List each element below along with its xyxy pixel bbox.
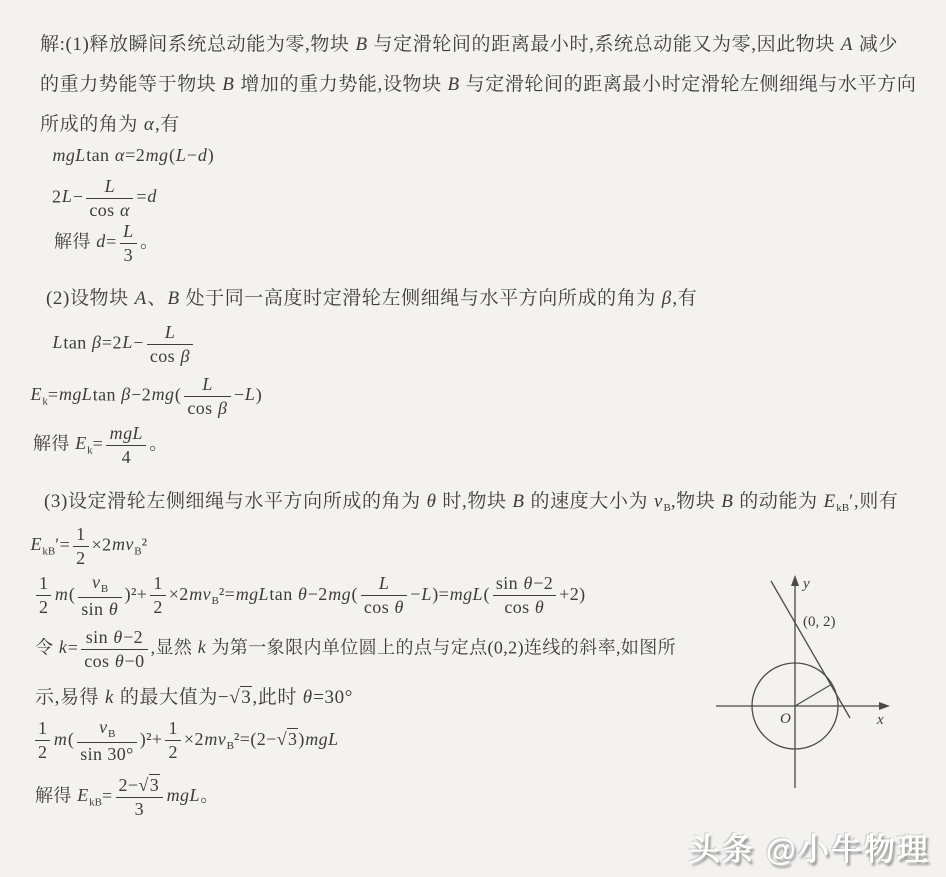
solution-line-3: 所成的角为 α,有 xyxy=(40,113,180,137)
formula-energy-30deg: 12m(vBsin 30°)²+12×2mvB²=(2−√3)mgL xyxy=(32,717,339,764)
formula-tan-alpha: mgLtan α=2mg(L−d) xyxy=(52,144,214,167)
origin-label: O xyxy=(780,711,791,727)
x-axis-arrow-icon xyxy=(879,702,890,710)
x-axis-label: x xyxy=(876,712,884,728)
solution-line-part3: (3)设定滑轮左侧细绳与水平方向所成的角为 θ 时,物块 B 的速度大小为 vB… xyxy=(44,490,898,516)
formula-ekb-result: 解得 EkB=2−√33mgL。 xyxy=(35,775,219,819)
formula-ek: Ek=mgLtan β−2mg(Lcos β−L) xyxy=(30,374,262,418)
formula-energy-full: 12m(vBsin θ)²+12×2mvB²=mgLtan θ−2mg(Lcos… xyxy=(33,572,586,619)
solution-line-kmax: 示,易得 k 的最大值为−√3,此时 θ=30° xyxy=(35,686,353,710)
formula-geometry-alpha: 2L−Lcos α=d xyxy=(52,176,157,220)
formula-k-slope: 令 k=sin θ−2cos θ−0,显然 k 为第一象限内单位圆上的点与定点(… xyxy=(35,627,676,671)
solution-page: 解:(1)释放瞬间系统总动能为零,物块 B 与定滑轮间的距离最小时,系统总动能又… xyxy=(0,0,946,877)
formula-ekb-def: EkB′=12×2mvB² xyxy=(30,524,147,568)
y-axis-label: y xyxy=(801,576,810,592)
formula-tan-beta: Ltan β=2L−Lcos β xyxy=(52,322,196,366)
y-axis-arrow-icon xyxy=(791,575,799,586)
watermark: 头条 @小牛物理 xyxy=(689,824,930,869)
solution-line-1: 解:(1)释放瞬间系统总动能为零,物块 B 与定滑轮间的距离最小时,系统总动能又… xyxy=(40,33,898,57)
solution-line-2: 的重力势能等于物块 B 增加的重力势能,设物块 B 与定滑轮间的距离最小时定滑轮… xyxy=(40,73,916,97)
unit-circle-diagram: y x O (0, 2) xyxy=(698,566,908,796)
solution-line-part2: (2)设物块 A、B 处于同一高度时定滑轮左侧细绳与水平方向所成的角为 β,有 xyxy=(46,287,697,311)
formula-ek-result: 解得 Ek=mgL4。 xyxy=(33,423,168,467)
formula-d-result: 解得 d=L3。 xyxy=(54,221,159,265)
radius-line xyxy=(795,684,832,706)
point-label: (0, 2) xyxy=(803,614,836,630)
